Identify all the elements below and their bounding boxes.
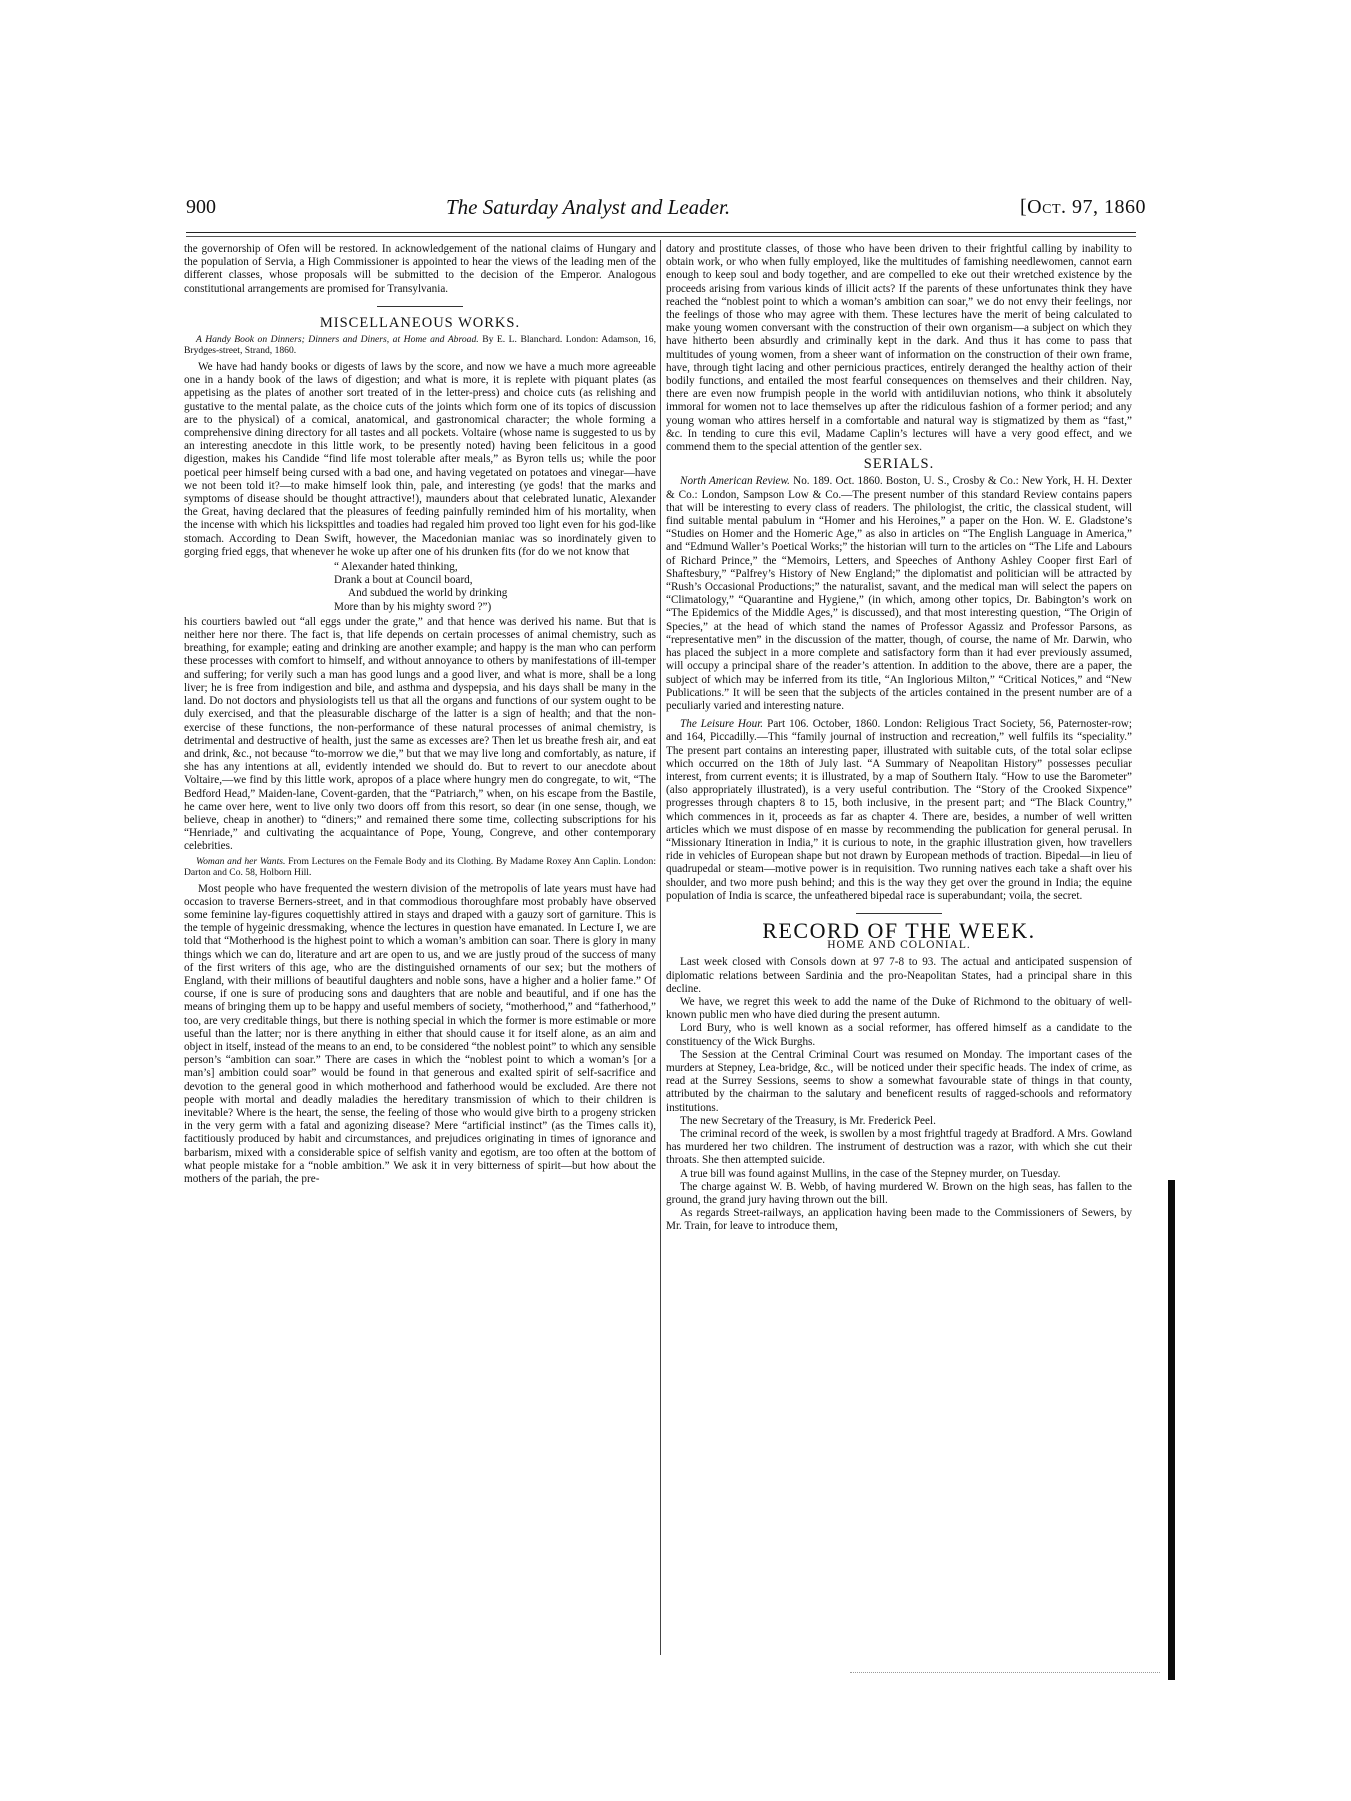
- header-rule-secondary: [186, 236, 1136, 237]
- right-column: datory and prostitute classes, of those …: [666, 243, 1132, 1234]
- continuation-paragraph: datory and prostitute classes, of those …: [666, 243, 1132, 454]
- issue-date-month: Oct.: [1027, 196, 1066, 218]
- news-item: The new Secretary of the Treasury, is Mr…: [666, 1115, 1132, 1128]
- poem-line: “ Alexander hated thinking,: [334, 561, 656, 574]
- section-title-serials: SERIALS.: [666, 458, 1132, 471]
- scan-noise: [850, 1672, 1160, 1673]
- subsection-title-home-colonial: HOME AND COLONIAL.: [666, 939, 1132, 952]
- news-item: The Session at the Central Criminal Cour…: [666, 1049, 1132, 1115]
- header-rule: [186, 232, 1136, 233]
- issue-date: [Oct. 97, 1860: [1020, 196, 1146, 219]
- review-paragraph: Most people who have frequented the west…: [184, 883, 656, 1187]
- book-title: A Handy Book on Dinners; Dinners and Din…: [196, 334, 479, 345]
- poem-line: Drank a bout at Council board,: [334, 574, 656, 587]
- review-paragraph: We have had handy books or digests of la…: [184, 361, 656, 559]
- news-item: Last week closed with Consols down at 97…: [666, 956, 1132, 996]
- news-item: A true bill was found against Mullins, i…: [666, 1168, 1132, 1181]
- serial-title: North American Review.: [680, 475, 790, 487]
- news-item: Lord Bury, who is well known as a social…: [666, 1022, 1132, 1048]
- news-item: The charge against W. B. Webb, of having…: [666, 1181, 1132, 1207]
- page-number: 900: [186, 196, 216, 219]
- left-column: the governorship of Ofen will be restore…: [184, 243, 656, 1186]
- serial-text: Part 106. October, 1860. London: Religio…: [666, 718, 1132, 902]
- book-title: Woman and her Wants.: [196, 856, 285, 867]
- intro-paragraph: the governorship of Ofen will be restore…: [184, 243, 656, 296]
- column-divider: [660, 240, 661, 1655]
- poem-line: And subdued the world by drinking: [334, 587, 656, 600]
- section-divider: [377, 306, 463, 307]
- serial-title: The Leisure Hour.: [680, 718, 763, 730]
- page-edge-shadow: [1168, 1180, 1175, 1680]
- section-title-record-of-week: RECORD OF THE WEEK.: [666, 924, 1132, 937]
- section-divider: [856, 913, 942, 914]
- page-header: 900 The Saturday Analyst and Leader. [Oc…: [186, 196, 1146, 228]
- serial-text: No. 189. Oct. 1860. Boston, U. S., Crosb…: [666, 475, 1132, 711]
- book-citation-handy-book: A Handy Book on Dinners; Dinners and Din…: [184, 334, 656, 356]
- masthead-title: The Saturday Analyst and Leader.: [446, 195, 730, 220]
- newspaper-page: 900 The Saturday Analyst and Leader. [Oc…: [0, 0, 1351, 1801]
- news-item: We have, we regret this week to add the …: [666, 996, 1132, 1022]
- book-citation-woman-wants: Woman and her Wants. From Lectures on th…: [184, 856, 656, 878]
- serial-review: The Leisure Hour. Part 106. October, 186…: [666, 718, 1132, 903]
- news-item: As regards Street-railways, an applicati…: [666, 1207, 1132, 1233]
- issue-date-rest: 97, 1860: [1067, 196, 1147, 218]
- review-paragraph: his courtiers bawled out “all eggs under…: [184, 616, 656, 854]
- serial-review: North American Review. No. 189. Oct. 186…: [666, 475, 1132, 713]
- section-title-misc-works: MISCELLANEOUS WORKS.: [184, 317, 656, 330]
- poem-quote: “ Alexander hated thinking, Drank a bout…: [334, 561, 656, 614]
- poem-line: More than by his mighty sword ?”): [334, 601, 656, 614]
- news-item: The criminal record of the week, is swol…: [666, 1128, 1132, 1168]
